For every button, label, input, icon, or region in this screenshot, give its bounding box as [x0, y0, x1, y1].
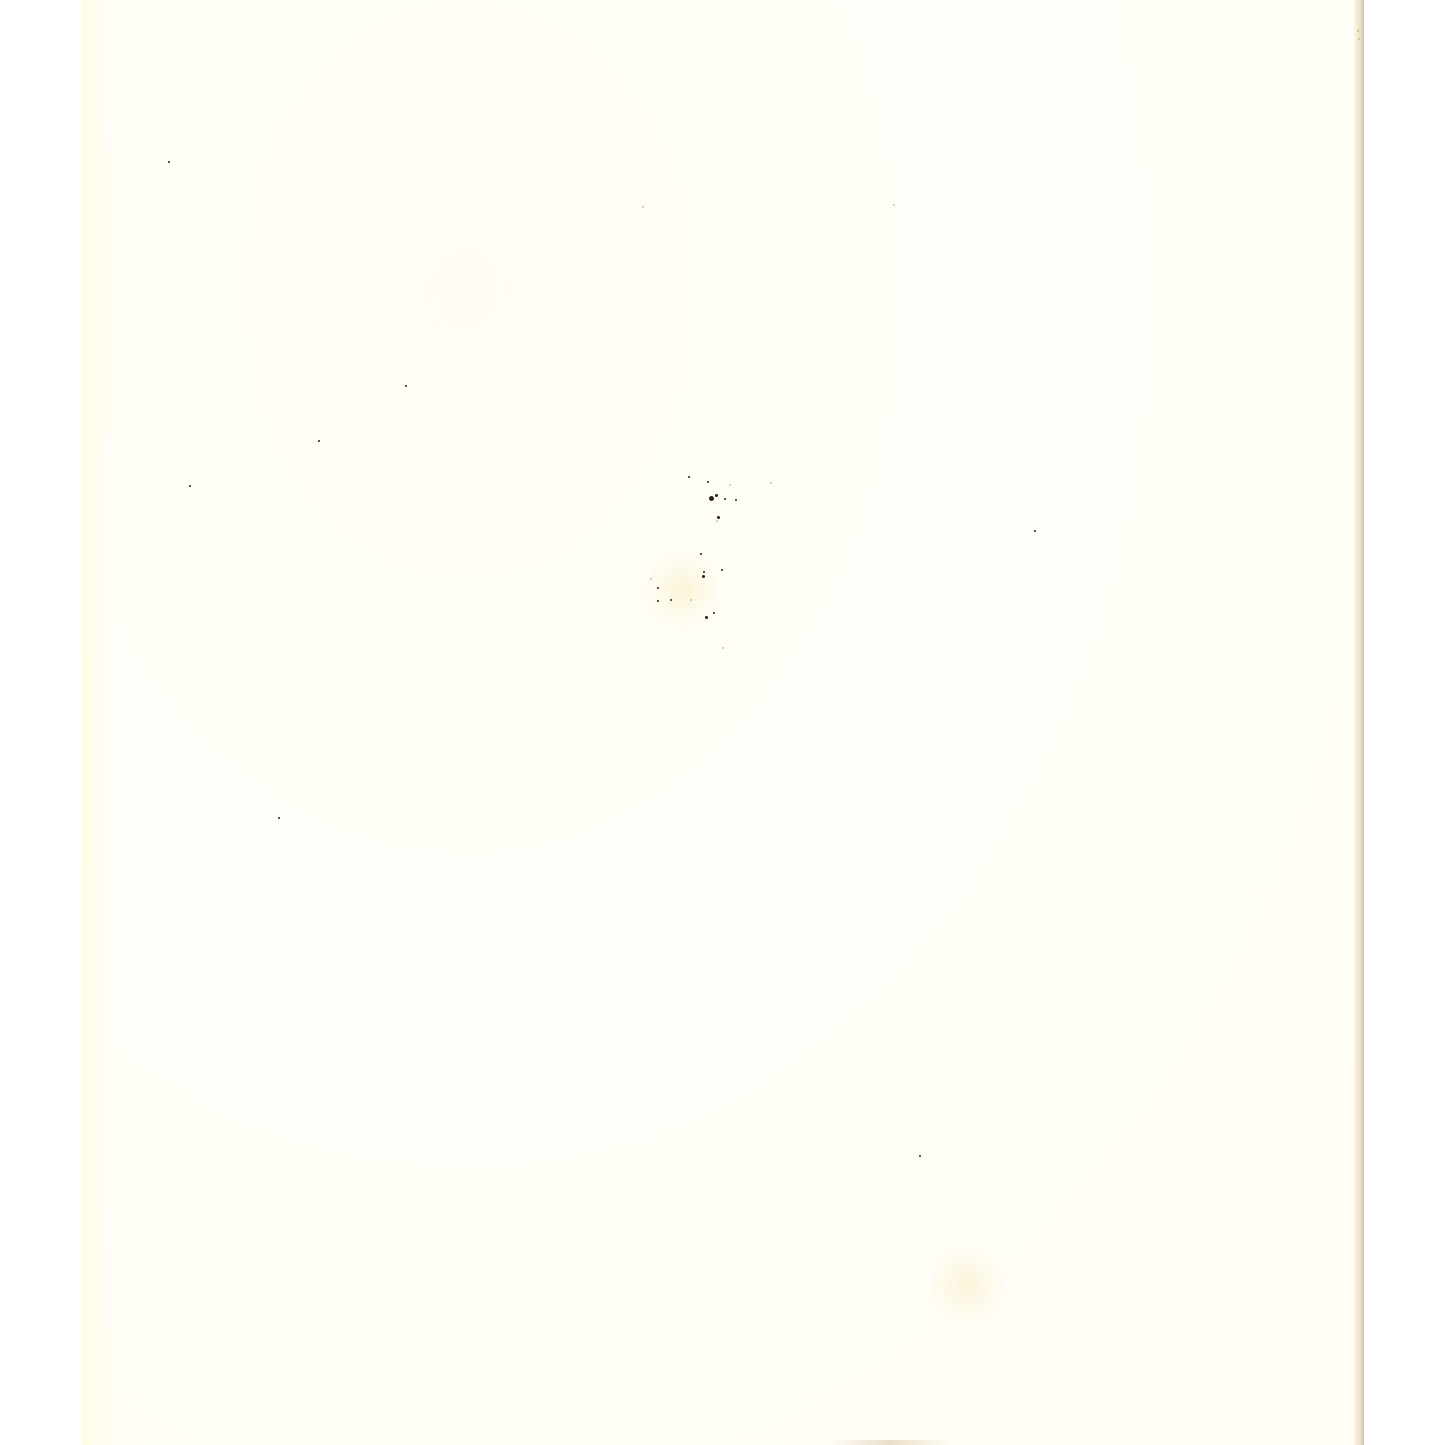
paper-stain [642, 550, 722, 630]
foxing-speck [729, 484, 731, 486]
foxing-speck [278, 817, 280, 819]
blank-page [82, 0, 1362, 1445]
foxing-speck [1357, 30, 1359, 32]
foxing-speck [724, 498, 726, 500]
foxing-speck [670, 599, 672, 601]
foxing-speck [700, 553, 702, 555]
foxing-speck [405, 385, 407, 387]
foxing-speck [702, 575, 705, 578]
page-bottom-edge [830, 1440, 950, 1445]
foxing-speck [707, 481, 709, 483]
foxing-speck [717, 516, 720, 519]
foxing-speck [1358, 38, 1360, 40]
foxing-speck [705, 616, 708, 619]
foxing-speck [716, 520, 718, 522]
foxing-speck [770, 482, 772, 484]
foxing-speck [650, 578, 652, 580]
foxing-speck [168, 161, 170, 163]
foxing-speck [715, 494, 718, 497]
page-right-edge [1354, 0, 1364, 1445]
foxing-speck [318, 440, 320, 442]
foxing-speck [189, 485, 191, 487]
foxing-speck [893, 204, 895, 206]
foxing-speck [657, 587, 659, 589]
foxing-speck [1034, 530, 1036, 532]
foxing-speck [690, 599, 692, 601]
foxing-speck [709, 496, 714, 501]
foxing-speck [721, 569, 723, 571]
foxing-speck [657, 600, 659, 602]
foxing-speck [642, 206, 644, 208]
foxing-speck [688, 476, 690, 478]
foxing-speck [735, 499, 737, 501]
foxing-speck [713, 612, 715, 614]
paper-stain [922, 1250, 1012, 1320]
foxing-speck [919, 1155, 921, 1157]
foxing-speck [722, 647, 724, 649]
foxing-speck [703, 571, 705, 573]
